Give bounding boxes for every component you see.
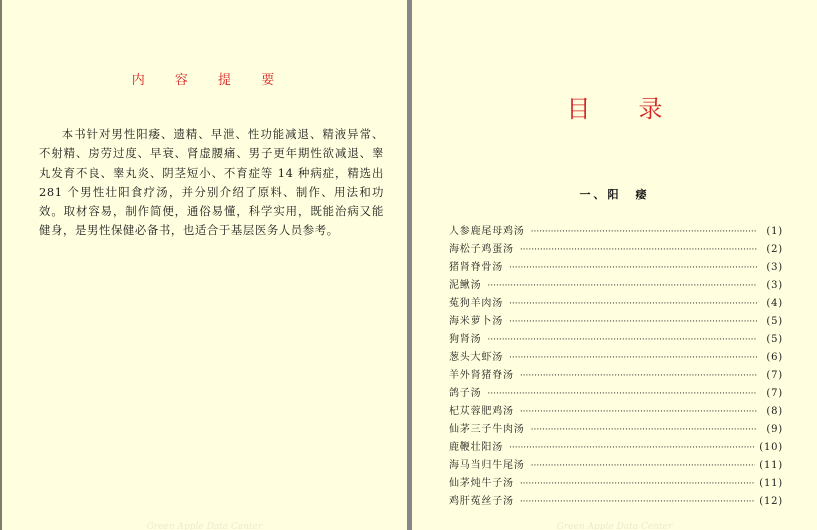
toc-entry-title: 狗肾汤 bbox=[449, 330, 487, 345]
toc-entry[interactable]: 羊外肾猪脊汤(7) bbox=[449, 366, 783, 384]
watermark: Green Apple Data Center bbox=[412, 522, 817, 530]
toc-entry-title: 杞苁蓉肥鸡汤 bbox=[449, 402, 520, 417]
dot-leader bbox=[520, 479, 755, 489]
toc-entry[interactable]: 杞苁蓉肥鸡汤(8) bbox=[449, 402, 783, 420]
toc-entry-title: 鸽子汤 bbox=[449, 384, 487, 399]
abstract-body: 本书针对男性阳痿、遗精、早泄、性功能减退、精液异常、不射精、房劳过度、早衰、肾虚… bbox=[39, 125, 384, 241]
toc-entry-title: 泥鳅汤 bbox=[449, 276, 487, 291]
dot-leader bbox=[487, 281, 757, 291]
toc-entry-page: (6) bbox=[757, 352, 783, 363]
toc-entry-page: (10) bbox=[755, 442, 783, 453]
toc-entry[interactable]: 鸡肝菟丝子汤(12) bbox=[449, 492, 783, 510]
toc-entry[interactable]: 葱头大虾汤(6) bbox=[449, 348, 783, 366]
abstract-title: 内 容 提 要 bbox=[2, 69, 407, 88]
dot-leader bbox=[509, 443, 755, 453]
toc-entry[interactable]: 仙茅三子牛肉汤(9) bbox=[449, 420, 783, 438]
toc-entry[interactable]: 海松子鸡蛋汤(2) bbox=[449, 240, 783, 258]
toc-list: 人参鹿尾母鸡汤(1) 海松子鸡蛋汤(2) 猪肾脊骨汤(3) 泥鳅汤(3) 菟狗羊… bbox=[449, 222, 783, 510]
dot-leader bbox=[531, 461, 756, 471]
toc-entry-title: 葱头大虾汤 bbox=[449, 348, 509, 363]
toc-entry[interactable]: 狗肾汤(5) bbox=[449, 330, 783, 348]
toc-entry-title: 仙茅炖牛子汤 bbox=[449, 474, 520, 489]
dot-leader bbox=[520, 407, 757, 417]
toc-entry-page: (4) bbox=[757, 298, 783, 309]
toc-entry[interactable]: 海马当归牛尾汤(11) bbox=[449, 456, 783, 474]
toc-entry[interactable]: 海米萝卜汤(5) bbox=[449, 312, 783, 330]
document-viewer: 内 容 提 要 本书针对男性阳痿、遗精、早泄、性功能减退、精液异常、不射精、房劳… bbox=[0, 0, 817, 530]
toc-entry-page: (2) bbox=[757, 244, 783, 255]
toc-entry-title: 海松子鸡蛋汤 bbox=[449, 240, 520, 255]
page-table-of-contents: 目录 一、阳 痿 人参鹿尾母鸡汤(1) 海松子鸡蛋汤(2) 猪肾脊骨汤(3) 泥… bbox=[412, 0, 817, 530]
toc-entry[interactable]: 菟狗羊肉汤(4) bbox=[449, 294, 783, 312]
dot-leader bbox=[509, 317, 757, 327]
toc-title: 目录 bbox=[412, 89, 817, 124]
toc-entry-title: 海米萝卜汤 bbox=[449, 312, 509, 327]
toc-entry-title: 海马当归牛尾汤 bbox=[449, 456, 531, 471]
toc-entry-page: (7) bbox=[757, 388, 783, 399]
toc-entry-page: (11) bbox=[755, 478, 783, 489]
dot-leader bbox=[509, 353, 757, 363]
toc-entry[interactable]: 鸽子汤(7) bbox=[449, 384, 783, 402]
dot-leader bbox=[487, 389, 757, 399]
toc-entry-title: 羊外肾猪脊汤 bbox=[449, 366, 520, 381]
page-abstract: 内 容 提 要 本书针对男性阳痿、遗精、早泄、性功能减退、精液异常、不射精、房劳… bbox=[0, 0, 407, 530]
toc-entry[interactable]: 猪肾脊骨汤(3) bbox=[449, 258, 783, 276]
dot-leader bbox=[509, 263, 757, 273]
dot-leader bbox=[487, 335, 757, 345]
toc-entry-title: 鹿鞭壮阳汤 bbox=[449, 438, 509, 453]
toc-entry-page: (5) bbox=[757, 316, 783, 327]
toc-entry-title: 仙茅三子牛肉汤 bbox=[449, 420, 531, 435]
toc-entry-page: (3) bbox=[757, 262, 783, 273]
toc-entry-page: (9) bbox=[757, 424, 783, 435]
dot-leader bbox=[509, 299, 757, 309]
toc-entry-title: 猪肾脊骨汤 bbox=[449, 258, 509, 273]
dot-leader bbox=[531, 227, 757, 237]
toc-entry-title: 人参鹿尾母鸡汤 bbox=[449, 222, 531, 237]
toc-entry-page: (1) bbox=[757, 226, 783, 237]
dot-leader bbox=[520, 245, 757, 255]
toc-entry-title: 菟狗羊肉汤 bbox=[449, 294, 509, 309]
toc-entry-page: (8) bbox=[757, 406, 783, 417]
toc-entry-page: (12) bbox=[755, 496, 783, 507]
watermark: Green Apple Data Center bbox=[2, 522, 407, 530]
toc-entry[interactable]: 人参鹿尾母鸡汤(1) bbox=[449, 222, 783, 240]
toc-entry-page: (5) bbox=[757, 334, 783, 345]
dot-leader bbox=[520, 371, 757, 381]
toc-entry-page: (3) bbox=[757, 280, 783, 291]
toc-entry[interactable]: 仙茅炖牛子汤(11) bbox=[449, 474, 783, 492]
dot-leader bbox=[531, 425, 757, 435]
toc-section-heading: 一、阳 痿 bbox=[412, 186, 817, 202]
toc-entry[interactable]: 鹿鞭壮阳汤(10) bbox=[449, 438, 783, 456]
toc-entry[interactable]: 泥鳅汤(3) bbox=[449, 276, 783, 294]
toc-entry-title: 鸡肝菟丝子汤 bbox=[449, 492, 520, 507]
dot-leader bbox=[520, 497, 755, 507]
toc-entry-page: (7) bbox=[757, 370, 783, 381]
toc-entry-page: (11) bbox=[755, 460, 783, 471]
